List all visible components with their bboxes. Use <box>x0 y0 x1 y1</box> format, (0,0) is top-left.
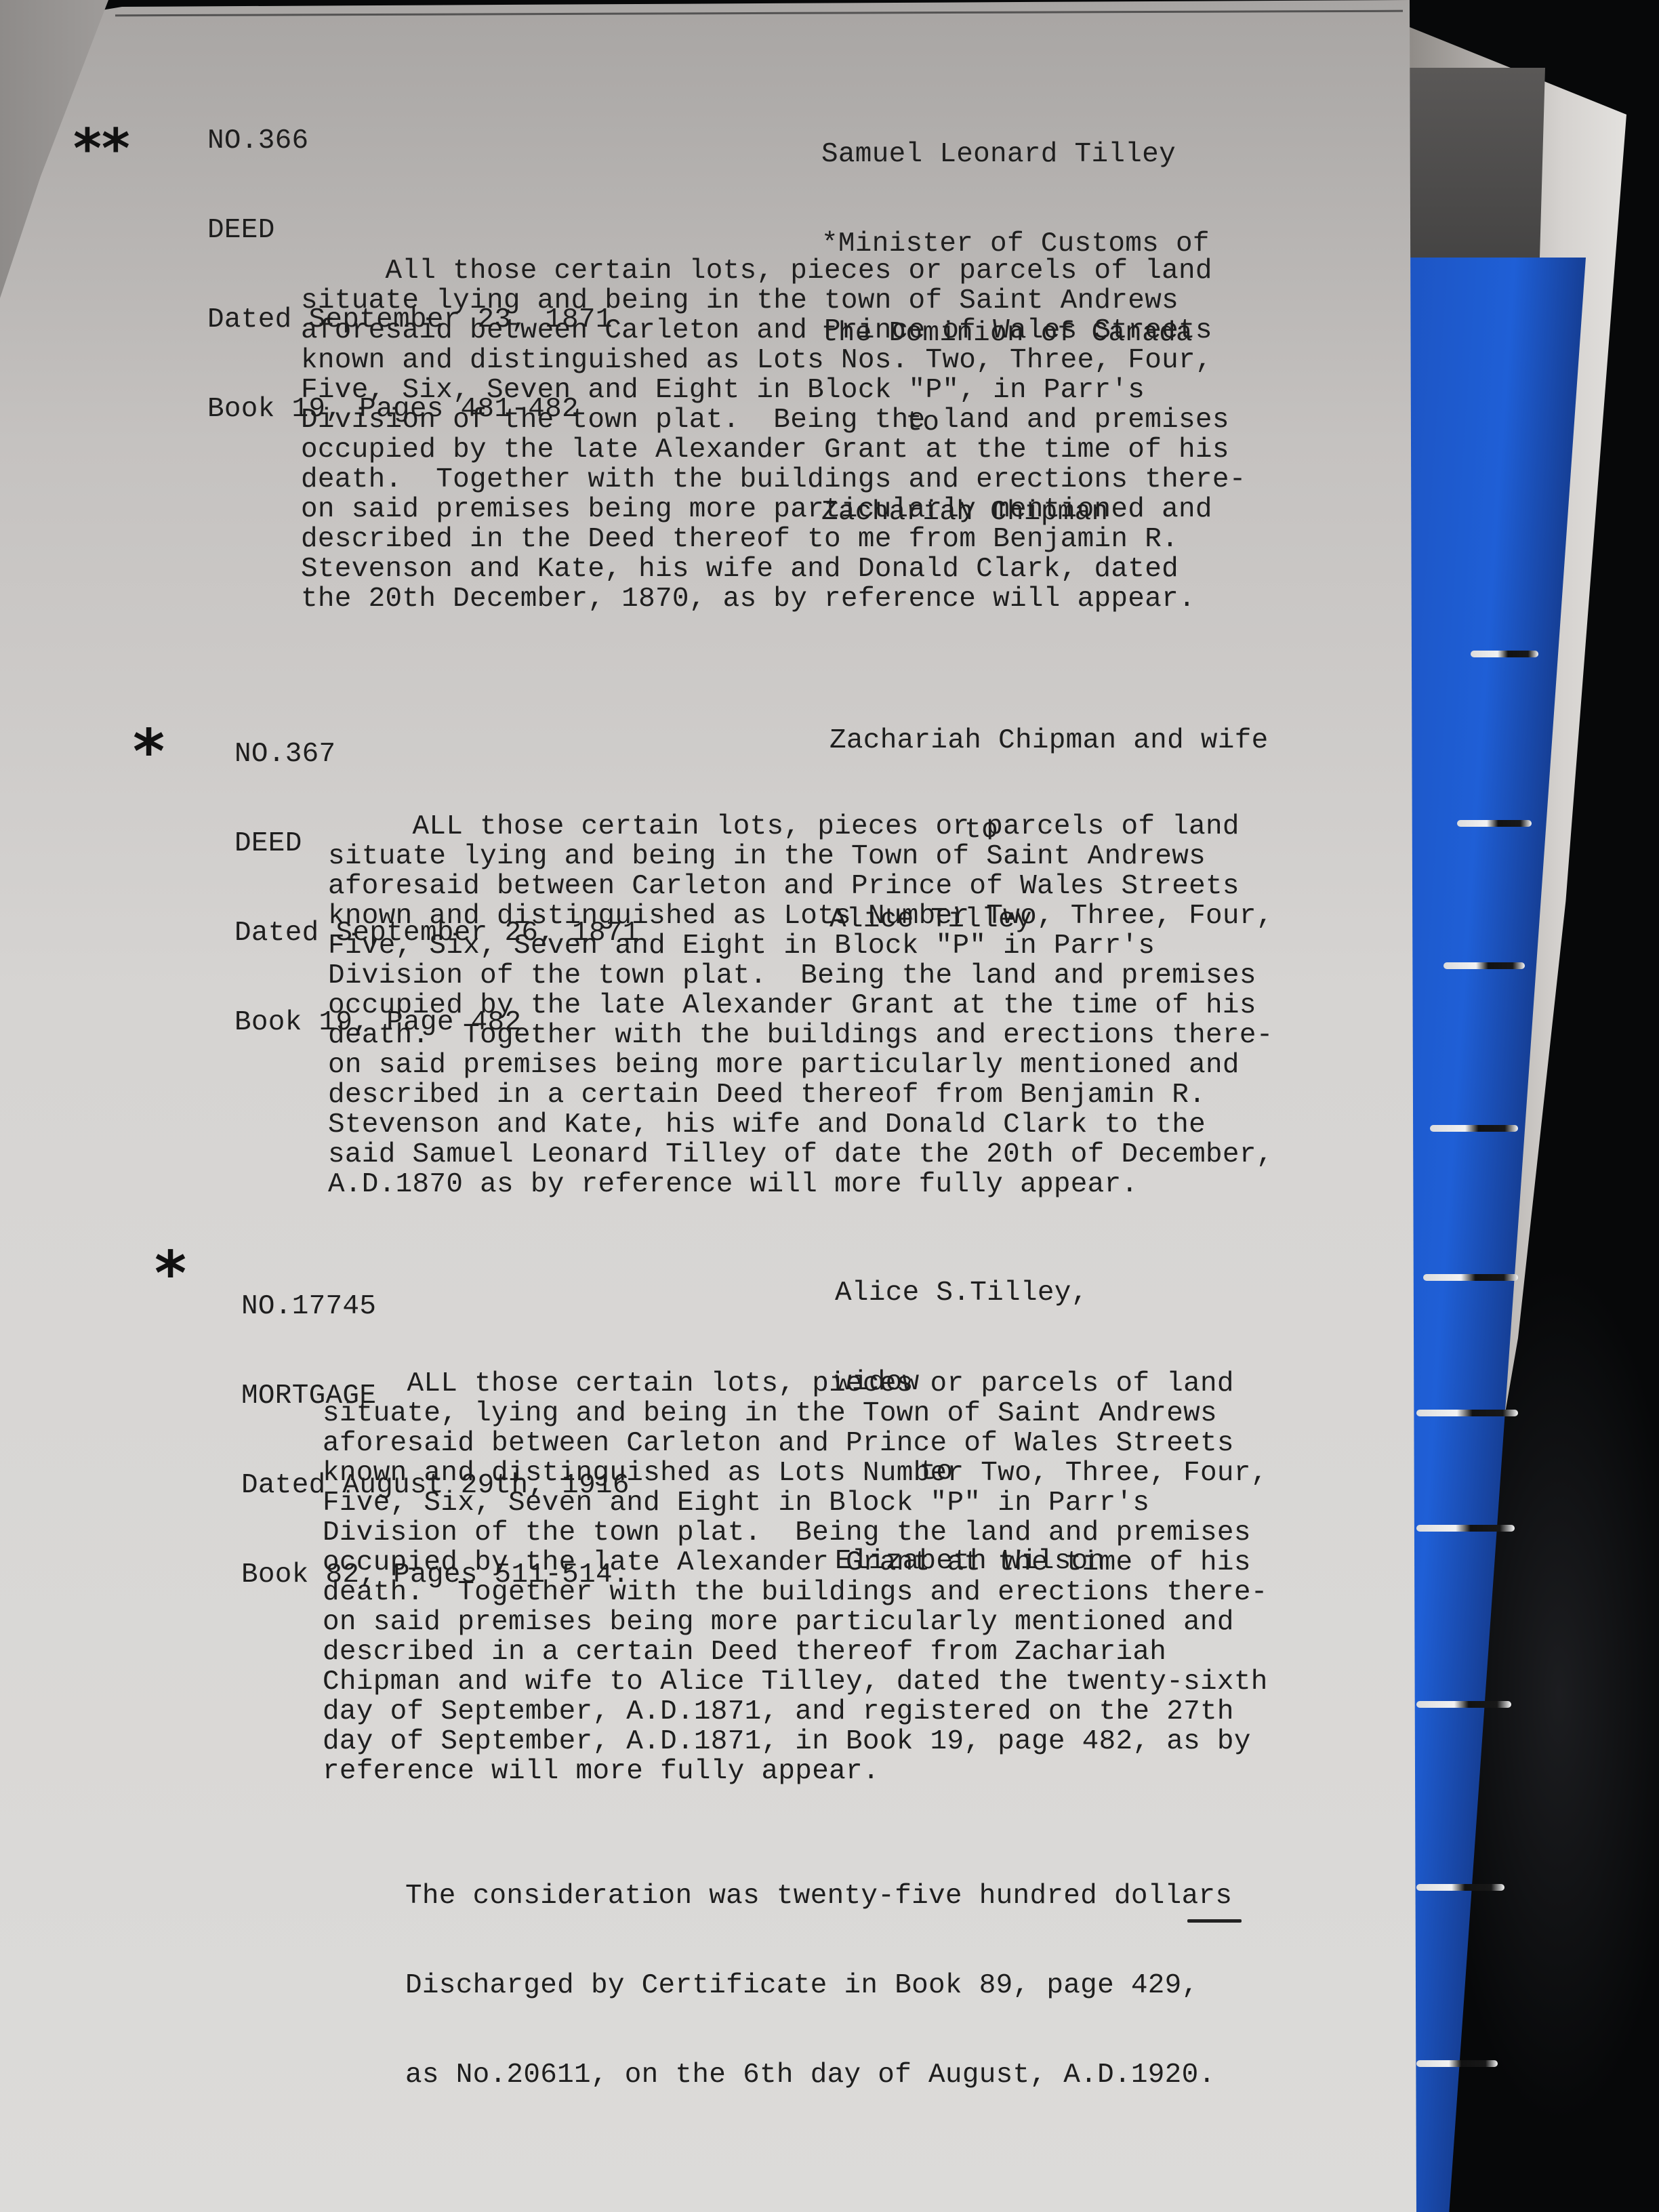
body-line: death. Together with the buildings and e… <box>301 465 1246 495</box>
body-line: on said premises being more particularly… <box>323 1607 1268 1637</box>
consideration-note: The consideration was twenty-five hundre… <box>405 1822 1232 2120</box>
body-line: Five, Six, Seven and Eight in Block "P" … <box>328 931 1273 961</box>
binder-ring <box>1416 1884 1504 1891</box>
body-line: on said premises being more particularly… <box>301 495 1246 525</box>
binder-ring <box>1416 2060 1498 2067</box>
body-line: known and distinguished as Lots Number T… <box>323 1458 1268 1488</box>
body-line: known and distinguished as Lots Number T… <box>328 901 1273 931</box>
body-line: Five, Six, Seven and Eight in Block "P" … <box>323 1488 1268 1518</box>
binder-ring <box>1443 962 1525 969</box>
body-line: the 20th December, 1870, as by reference… <box>301 584 1246 614</box>
entry-367-body: ALL those certain lots, pieces or parcel… <box>328 812 1273 1200</box>
party-line: Zachariah Chipman and wife <box>829 726 1269 756</box>
body-line: Stevenson and Kate, his wife and Donald … <box>328 1110 1273 1140</box>
entry-type: DEED <box>207 216 613 245</box>
body-line: Chipman and wife to Alice Tilley, dated … <box>323 1667 1268 1697</box>
body-line: aforesaid between Carleton and Prince of… <box>323 1429 1268 1458</box>
handwritten-underline <box>1187 1919 1242 1923</box>
body-line: occupied by the late Alexander Grant at … <box>328 991 1273 1021</box>
consideration-line: Discharged by Certificate in Book 89, pa… <box>405 1971 1232 2001</box>
body-line: aforesaid between Carleton and Prince of… <box>328 872 1273 901</box>
body-line: described in a certain Deed thereof from… <box>328 1080 1273 1110</box>
body-line: situate lying and being in the town of S… <box>301 286 1246 316</box>
binder-ring <box>1423 1274 1518 1281</box>
party-line: Alice S.Tilley, <box>835 1278 1105 1308</box>
entry-17745-body: ALL those certain lots, pieces or parcel… <box>323 1369 1268 1786</box>
body-line: situate lying and being in the Town of S… <box>328 842 1273 872</box>
party-line: *Minister of Customs of <box>821 229 1210 259</box>
binder-ring <box>1457 820 1532 827</box>
body-line: Division of the town plat. Being the lan… <box>328 961 1273 991</box>
body-line: occupied by the late Alexander Grant at … <box>323 1548 1268 1578</box>
consideration-line: as No.20611, on the 6th day of August, A… <box>405 2060 1232 2090</box>
body-line: death. Together with the buildings and e… <box>323 1578 1268 1607</box>
consideration-line: The consideration was twenty-five hundre… <box>405 1881 1232 1911</box>
entry-number: NO.17745 <box>241 1292 630 1322</box>
handwritten-asterisk-icon: * <box>155 1240 186 1308</box>
entry-366-body: All those certain lots, pieces or parcel… <box>301 256 1246 614</box>
body-line: ALL those certain lots, pieces or parcel… <box>328 812 1273 842</box>
entry-number: NO.366 <box>207 126 613 156</box>
body-line: on said premises being more particularly… <box>328 1050 1273 1080</box>
body-line: day of September, A.D.1871, and register… <box>323 1697 1268 1727</box>
body-line: ALL those certain lots, pieces or parcel… <box>323 1369 1268 1399</box>
body-line: A.D.1870 as by reference will more fully… <box>328 1170 1273 1200</box>
body-line: described in the Deed thereof to me from… <box>301 525 1246 554</box>
body-line: described in a certain Deed thereof from… <box>323 1637 1268 1667</box>
binder-ring <box>1416 1525 1515 1532</box>
handwritten-asterisk-icon: * <box>133 718 165 786</box>
body-line: occupied by the late Alexander Grant at … <box>301 435 1246 465</box>
body-line: All those certain lots, pieces or parcel… <box>301 256 1246 286</box>
body-line: Division of the town plat. Being the lan… <box>301 405 1246 435</box>
body-line: Stevenson and Kate, his wife and Donald … <box>301 554 1246 584</box>
party-line: Samuel Leonard Tilley <box>821 140 1210 169</box>
binder-ring <box>1416 1410 1518 1416</box>
binder-ring <box>1416 1701 1511 1708</box>
binder-ring <box>1471 651 1538 657</box>
body-line: situate, lying and being in the Town of … <box>323 1399 1268 1429</box>
handwritten-double-asterisk-icon: ** <box>73 115 130 183</box>
entry-number: NO.367 <box>234 739 640 769</box>
body-line: death. Together with the buildings and e… <box>328 1021 1273 1050</box>
body-line: Division of the town plat. Being the lan… <box>323 1518 1268 1548</box>
body-line: Five, Six, Seven and Eight in Block "P",… <box>301 375 1246 405</box>
body-line: known and distinguished as Lots Nos. Two… <box>301 346 1246 375</box>
body-line: said Samuel Leonard Tilley of date the 2… <box>328 1140 1273 1170</box>
binder-ring <box>1430 1125 1518 1132</box>
body-line: day of September, A.D.1871, in Book 19, … <box>323 1727 1268 1757</box>
body-line: reference will more fully appear. <box>323 1757 1268 1786</box>
body-line: aforesaid between Carleton and Prince of… <box>301 316 1246 346</box>
